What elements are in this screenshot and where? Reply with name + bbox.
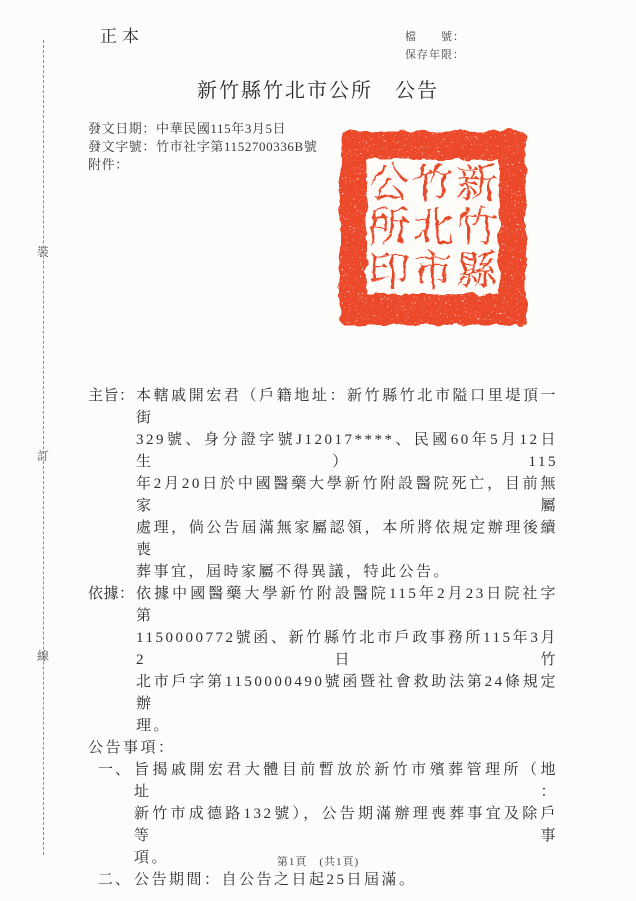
archive-number-label: 檔 號： [405, 28, 465, 46]
text-line: 處理，倘公告屆滿無家屬認領，本所將依規定辦理後續喪 [136, 517, 558, 561]
seal-char: 北 [413, 204, 454, 250]
issue-date-value: 中華民國115年3月5日 [156, 121, 286, 136]
text-line: 理。 [136, 715, 558, 737]
retention-period-label: 保存年限： [405, 46, 465, 64]
text-line: 1150000772號函、新竹縣竹北市戶政事務所115年3月2日竹 [136, 627, 558, 671]
binding-mark-zhuang: 裝 [37, 243, 49, 260]
ref-number-value: 竹市社字第1152700336B號 [156, 139, 317, 154]
document-page: 正本 檔 號： 保存年限： 新竹縣竹北市公所 公告 發文日期：中華民國115年3… [0, 0, 636, 901]
seal-char: 竹 [457, 204, 498, 250]
notice-item-2-label: 二、 [98, 869, 134, 891]
official-seal: 新 竹 縣 竹 北 市 公 所 印 [333, 124, 533, 332]
attachment-label: 附件： [88, 157, 129, 172]
text-line: 329號、身分證字號J12017****、民國60年5月12日生）115 [136, 429, 558, 473]
binding-mark-ding: 訂 [37, 447, 49, 464]
seal-char: 竹 [413, 160, 454, 206]
text-line: 本轄戚開宏君（戶籍地址：新竹縣竹北市隘口里堤頂一街 [136, 385, 558, 429]
issuance-meta-block: 發文日期：中華民國115年3月5日 發文字號：竹市社字第1152700336B號… [88, 120, 317, 174]
basis-paragraph: 依據： 依據中國醫藥大學新竹附設醫院115年2月23日院社字第 11500007… [88, 583, 558, 737]
document-title: 新竹縣竹北市公所 公告 [0, 74, 636, 103]
text-line: 年2月20日於中國醫藥大學新竹附設醫院死亡，目前無家屬 [136, 473, 558, 517]
text-line: 葬事宜，屆時家屬不得異議，特此公告。 [136, 561, 558, 583]
ref-number-label: 發文字號： [88, 139, 156, 154]
seal-char: 印 [369, 248, 410, 294]
ref-number-row: 發文字號：竹市社字第1152700336B號 [88, 138, 317, 156]
issue-date-row: 發文日期：中華民國115年3月5日 [88, 120, 317, 138]
file-number-block: 檔 號： 保存年限： [405, 28, 465, 64]
issue-date-label: 發文日期： [88, 121, 156, 136]
notice-items-heading: 公告事項： [88, 737, 558, 759]
seal-char: 公 [369, 160, 410, 206]
page-number-footer: 第1頁 (共1頁) [0, 853, 636, 869]
announcement-body: 主旨： 本轄戚開宏君（戶籍地址：新竹縣竹北市隘口里堤頂一街 329號、身分證字號… [88, 385, 558, 891]
text-line: 北市戶字第1150000490號函暨社會救助法第24條規定辦 [136, 671, 558, 715]
seal-char: 縣 [457, 248, 499, 294]
subject-label: 主旨： [88, 385, 136, 407]
basis-label: 依據： [88, 583, 136, 605]
binding-mark-xian: 線 [37, 647, 49, 664]
subject-paragraph: 主旨： 本轄戚開宏君（戶籍地址：新竹縣竹北市隘口里堤頂一街 329號、身分證字號… [88, 385, 558, 583]
seal-char: 市 [413, 248, 454, 294]
copy-type-label: 正本 [100, 22, 144, 47]
notice-item-2: 二、 公告期間：自公告之日起25日屆滿。 [88, 869, 558, 891]
seal-char: 所 [369, 204, 410, 250]
attachment-row: 附件： [88, 156, 317, 174]
notice-item-1-label: 一、 [98, 759, 134, 781]
text-line: 新竹市成德路132號），公告期滿辦理喪葬事宜及除戶等事 [134, 803, 558, 847]
text-line: 公告期間：自公告之日起25日屆滿。 [134, 869, 558, 891]
seal-char: 新 [457, 160, 498, 206]
text-line: 依據中國醫藥大學新竹附設醫院115年2月23日院社字第 [136, 583, 558, 627]
text-line: 旨揭戚開宏君大體目前暫放於新竹市殯葬管理所（地址： [134, 759, 558, 803]
